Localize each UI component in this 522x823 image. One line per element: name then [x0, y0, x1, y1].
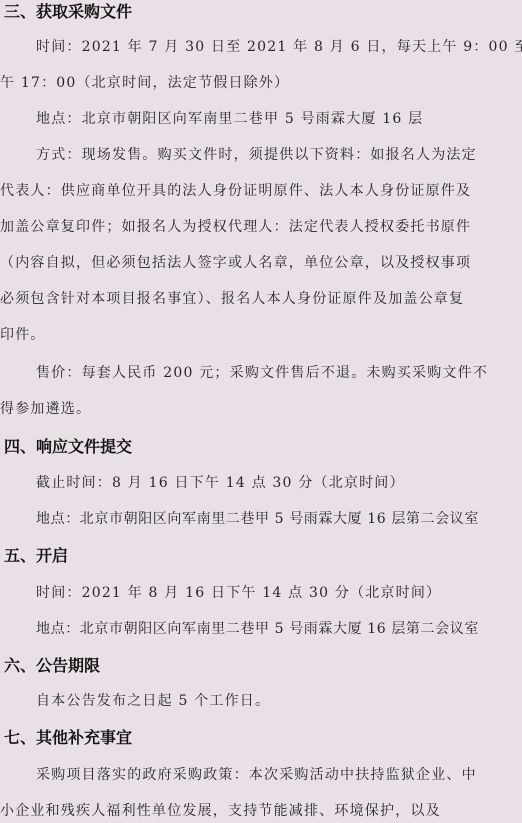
paragraph-line: 采购项目落实的政府采购政策：本次采购活动中扶持监狱企业、中 — [36, 765, 477, 785]
paragraph-line: 小企业和残疾人福利性单位发展，支持节能减排、环境保护，以及 — [0, 801, 441, 821]
paragraph-line: 代表人：供应商单位开具的法人身份证明原件、法人本人身份证原件及 — [0, 181, 471, 201]
paragraph-line: 售价：每套人民币 200 元；采购文件售后不退。未购买采购文件不 — [36, 363, 488, 383]
paragraph-line: 地点：北京市朝阳区向军南里二巷甲 5 号雨霖大厦 16 层第二会议室 — [36, 509, 479, 529]
section-heading-announcement-period: 六、公告期限 — [4, 655, 100, 677]
paragraph-line: 午 17：00（北京时间，法定节假日除外） — [0, 73, 289, 93]
paragraph-line: 方式：现场发售。购买文件时，须提供以下资料：如报名人为法定 — [36, 145, 477, 165]
section-heading-opening: 五、开启 — [4, 545, 68, 567]
paragraph-line: 必须包含针对本项目报名事宜）、报名人本人身份证原件及加盖公章复 — [0, 289, 464, 309]
paragraph-line: 地点：北京市朝阳区向军南里二巷甲 5 号雨霖大厦 16 层第二会议室 — [36, 619, 479, 639]
paragraph-line: 时间：2021 年 7 月 30 日至 2021 年 8 月 6 日，每天上午 … — [36, 37, 522, 57]
paragraph-line: （内容自拟，但必须包括法人签字或人名章，单位公章，以及授权事项 — [0, 253, 471, 273]
paragraph-line: 得参加遴选。 — [0, 399, 91, 419]
paragraph-line: 地点：北京市朝阳区向军南里二巷甲 5 号雨霖大厦 16 层 — [36, 109, 423, 129]
section-heading-other-matters: 七、其他补充事宜 — [4, 727, 132, 749]
section-heading-response-submission: 四、响应文件提交 — [4, 436, 132, 458]
paragraph-line: 加盖公章复印件；如报名人为授权代理人：法定代表人授权委托书原件 — [0, 217, 471, 237]
paragraph-line: 自本公告发布之日起 5 个工作日。 — [36, 691, 270, 711]
paragraph-line: 印件。 — [0, 325, 46, 345]
section-heading-obtain-documents: 三、获取采购文件 — [4, 1, 132, 23]
paragraph-line: 时间：2021 年 8 月 16 日下午 14 点 30 分（北京时间） — [36, 583, 441, 603]
paragraph-line: 截止时间：8 月 16 日下午 14 点 30 分（北京时间） — [36, 473, 405, 493]
